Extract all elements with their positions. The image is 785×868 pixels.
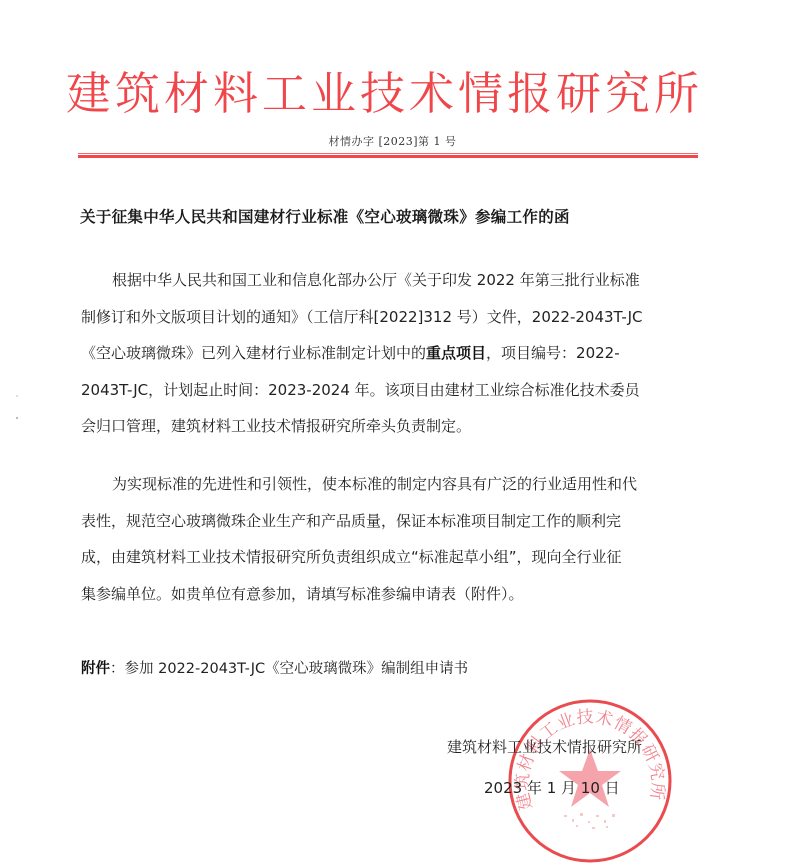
text-segment: 《空心玻璃微珠》已列入建材行业标准制定计划中的 <box>81 344 426 362</box>
paragraph-line: 制修订和外文版项目计划的通知》（工信厅科[2022]312 号）文件，2022-… <box>81 299 691 336</box>
signature-organization: 建筑材料工业技术情报研究所 <box>447 736 642 757</box>
scan-speck <box>16 417 18 419</box>
divider-thin-line <box>78 153 698 154</box>
divider-thick-line <box>78 155 698 158</box>
attachment-text: 参加 2022-2043T-JC《空心玻璃微珠》编制组申请书 <box>125 661 469 677</box>
emphasis-key-project: 重点项目 <box>426 344 486 362</box>
subject-heading: 关于征集中华人民共和国建材行业标准《空心玻璃微珠》参编工作的函 <box>80 205 720 227</box>
body-paragraph-1: 根据中华人民共和国工业和信息化部办公厅《关于印发 2022 年第三批行业标准 制… <box>81 262 691 445</box>
signature-date: 2023 年 1 月 10 日 <box>484 777 620 798</box>
letterhead-title: 建筑材料工业技术情报研究所 <box>66 64 706 124</box>
paragraph-line: 成，由建筑材料工业技术情报研究所负责组织成立“标准起草小组”，现向全行业征 <box>81 539 691 576</box>
letterhead-divider <box>78 153 698 159</box>
document-number: 材情办字 [2023]第 1 号 <box>0 133 785 149</box>
text-segment: ，项目编号：2022- <box>486 344 620 362</box>
attachment-separator: ： <box>110 661 125 677</box>
document-page: 建筑材料工业技术情报研究所 材情办字 [2023]第 1 号 关于征集中华人民共… <box>0 0 785 868</box>
paragraph-line: 为实现标准的先进性和引领性，使本标准的制定内容具有广泛的行业适用性和代 <box>81 466 691 503</box>
attachment-label: 附件 <box>81 661 110 677</box>
paragraph-line: 2043T-JC，计划起止时间：2023-2024 年。该项目由建材工业综合标准… <box>81 372 691 409</box>
paragraph-line: 《空心玻璃微珠》已列入建材行业标准制定计划中的重点项目，项目编号：2022- <box>81 335 691 372</box>
paragraph-line: 根据中华人民共和国工业和信息化部办公厅《关于印发 2022 年第三批行业标准 <box>81 262 691 299</box>
paragraph-line: 集参编单位。如贵单位有意参加，请填写标准参编申请表（附件）。 <box>81 576 691 613</box>
paragraph-line: 会归口管理，建筑材料工业技术情报研究所牵头负责制定。 <box>81 408 691 445</box>
attachment-note: 附件：参加 2022-2043T-JC《空心玻璃微珠》编制组申请书 <box>81 657 468 678</box>
scan-speck <box>16 395 18 397</box>
paragraph-line: 表性，规范空心玻璃微珠企业生产和产品质量，保证本标准项目制定工作的顺利完 <box>81 503 691 540</box>
body-paragraph-2: 为实现标准的先进性和引领性，使本标准的制定内容具有广泛的行业适用性和代 表性，规… <box>81 466 691 612</box>
